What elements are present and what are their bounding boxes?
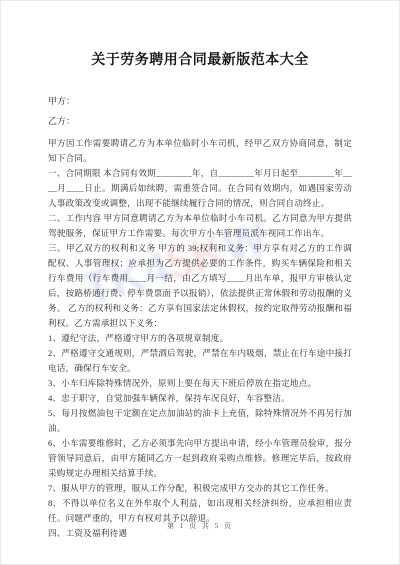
obligation-item-5: 5、每月按燃油包干定额在定点加油站的油卡上充值，除特殊情况外不再另行加油。 — [48, 406, 352, 436]
document-page-background: { "page": { "title": "关于劳务聘用合同最新版范本大全", … — [0, 0, 400, 565]
obligation-item-4: 4、忠于职守，自觉加强车辆保养，保持车况良好，车容整洁。 — [48, 391, 352, 406]
party-b-label: 乙方： — [48, 111, 352, 131]
obligation-item-3: 3、小车归库除特殊情况外，原则上要在每天下班后停放在指定地点。 — [48, 376, 352, 391]
intro-paragraph: 甲方因工作需要聘请乙方为本单位临时小车司机，经甲乙双方协商同意，制定知下合同。 — [48, 136, 352, 166]
clause-2-work: 二、工作内容 甲方同意聘请乙方为本单位临时小车司机。乙方同意为甲方提供驾驶服务，… — [48, 211, 352, 241]
document-title: 关于劳务聘用合同最新版范本大全 — [48, 49, 352, 69]
page-number: 第 1 页 共 5 页 — [1, 521, 399, 531]
obligation-item-7: 7、服从甲方的管理，服从工作分配，积极完成甲方交办的其它工作任务。 — [48, 481, 352, 496]
contract-body: 甲方因工作需要聘请乙方为本单位临时小车司机，经甲乙双方协商同意，制定知下合同。 … — [48, 136, 352, 541]
obligation-item-2: 2、严格遵守交通规则，严禁酒后驾驶，严禁在车内吸烟，禁止在行车途中接打电话，确保… — [48, 346, 352, 376]
clause-1-term: 一、合同期限 本合同有效期________年，自________年月日起至___… — [48, 166, 352, 211]
contract-page: TK45KW 关于劳务聘用合同最新版范本大全 甲方： 乙方： 甲方因工作需要聘请… — [1, 1, 399, 564]
obligation-item-1: 1、遵纪守法，严格遵守甲方的各项规章制度。 — [48, 331, 352, 346]
party-a-label: 甲方： — [48, 91, 352, 111]
clause-3-rights: 三、甲乙双方的权利和义务 甲方的 39;权利和义务：甲方享有对乙方的工作调配权、… — [48, 241, 352, 331]
obligation-item-6: 6、小车需要维修时，乙方必须事先向甲方提出申请，经小车管理员验审，报分管领导同意… — [48, 436, 352, 481]
